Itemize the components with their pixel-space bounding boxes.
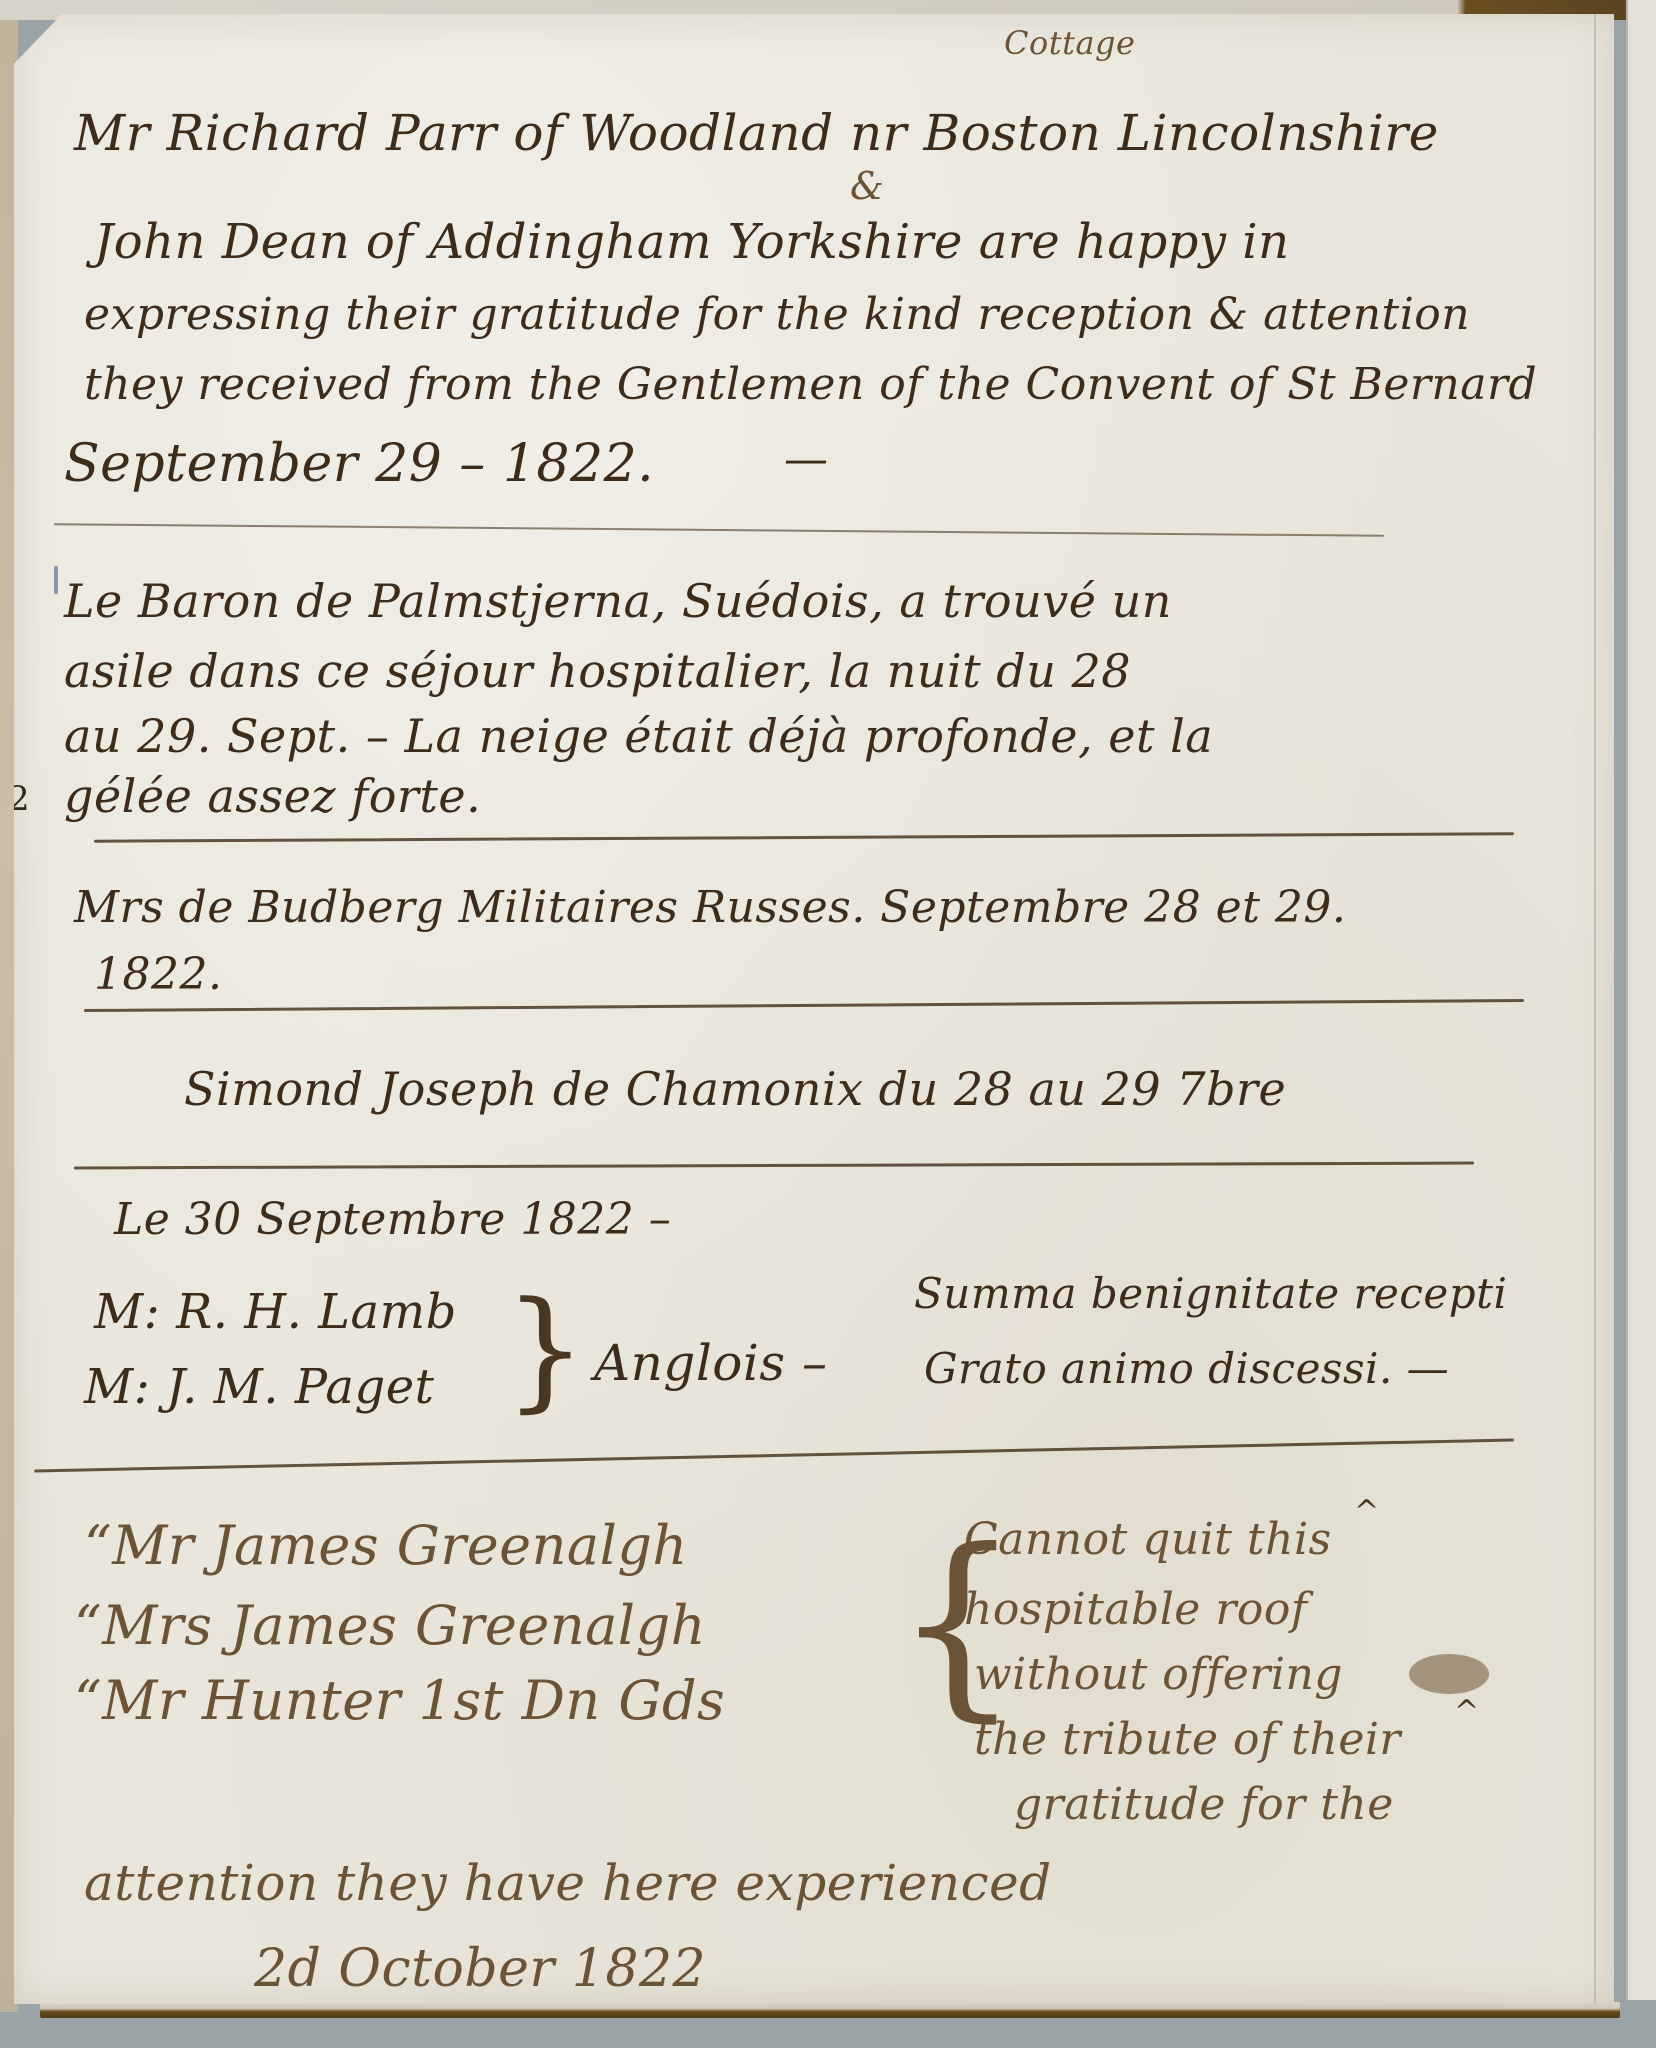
entry-divider <box>54 523 1384 537</box>
entry-line: Simond Joseph de Chamonix du 28 au 29 7b… <box>184 1062 1286 1116</box>
insertion-caret: ^ <box>1454 1694 1479 1729</box>
entry-divider <box>34 1439 1514 1473</box>
name-brace: } <box>504 1284 587 1414</box>
entry-line: Le Baron de Palmstjerna, Suédois, a trou… <box>64 574 1172 628</box>
visitor-name: “Mr James Greenalgh <box>84 1514 688 1577</box>
message-continuation: attention they have here experienced <box>84 1854 1052 1912</box>
manuscript-page: Cottage Mr Richard Parr of Woodland nr B… <box>14 14 1614 2004</box>
entry-line: au 29. Sept. – La neige était déjà profo… <box>64 709 1213 763</box>
entry-line: expressing their gratitude for the kind … <box>84 289 1470 340</box>
book-bottom-edge <box>40 2002 1620 2018</box>
message-line: Cannot quit this <box>964 1514 1332 1565</box>
visitor-name: M: J. M. Paget <box>84 1359 434 1415</box>
entry-date: Le 30 Septembre 1822 – <box>114 1194 671 1245</box>
entry-divider <box>94 832 1514 842</box>
entry-line: Mrs de Budberg Militaires Russes. Septem… <box>74 882 1346 933</box>
ink-blot <box>1409 1654 1489 1694</box>
visitor-name: “Mrs James Greenalgh <box>74 1594 706 1657</box>
latin-line: Grato animo discessi. — <box>924 1344 1449 1393</box>
page-fold-line <box>1594 14 1596 2004</box>
entry-date: September 29 – 1822. <box>64 434 654 494</box>
insertion-above: Cottage <box>1004 24 1135 62</box>
entry-date: 2d October 1822 <box>254 1939 706 1999</box>
entry-line: they received from the Gentlemen of the … <box>84 359 1537 410</box>
entry-divider <box>84 999 1524 1012</box>
message-line: gratitude for the <box>1014 1779 1394 1830</box>
message-line: hospitable roof <box>964 1584 1308 1635</box>
next-page-right-edge <box>1626 0 1656 2000</box>
closing-dash: — <box>784 434 829 485</box>
entry-line: John Dean of Addingham Yorkshire are hap… <box>94 214 1290 270</box>
entry-line: gélée assez forte. <box>64 769 481 823</box>
message-line: the tribute of their <box>974 1714 1401 1765</box>
entry-divider <box>74 1162 1474 1170</box>
entry-line: 1822. <box>94 949 222 1000</box>
entry-line: asile dans ce séjour hospitalier, la nui… <box>64 644 1131 698</box>
pencil-mark <box>54 566 58 594</box>
visitor-name: “Mr Hunter 1st Dn Gds <box>74 1669 725 1732</box>
insertion-caret: ^ <box>1354 1494 1379 1529</box>
entry-line: Mr Richard Parr of Woodland nr Boston Li… <box>74 104 1439 162</box>
nationality: Anglois – <box>594 1334 827 1392</box>
ampersand: & <box>850 164 884 208</box>
visitor-name: M: R. H. Lamb <box>94 1284 457 1340</box>
latin-line: Summa benignitate recepti <box>914 1269 1507 1318</box>
message-line: without offering <box>974 1649 1343 1700</box>
